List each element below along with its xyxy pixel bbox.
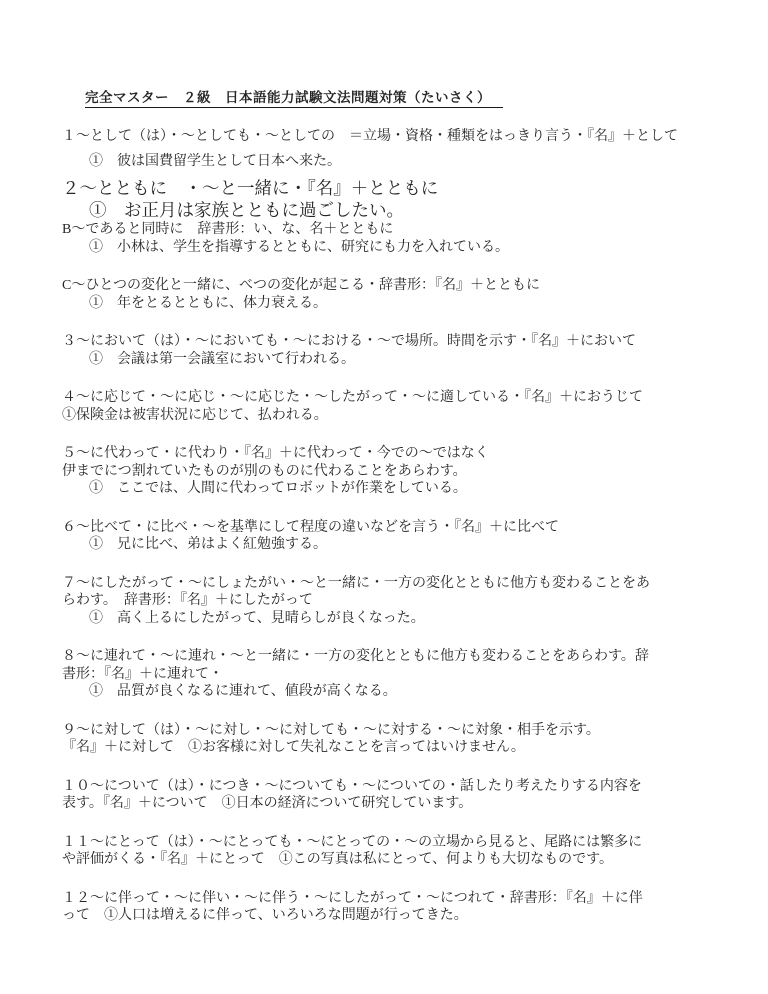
text-line: １～として（は）・～としても・～としての ＝立場・資格・種類をはっきり言う・『名… xyxy=(62,128,710,146)
text-line: １２～に伴って・～に伴い・～に伴う・～にしたがって・～につれて・辞書形：『名』＋… xyxy=(62,890,710,908)
text-line: ４～に応じて・～に応じ・～に応じた・～したがって・～に適している・『名』＋におう… xyxy=(62,389,710,407)
text-line: １１～にとって（は）・～にとっても・～にとっての・～の立場から見ると、尾路には繁… xyxy=(62,834,710,852)
text-line: ① 高く上るにしたがって、見晴らしが良くなった。 xyxy=(62,610,710,628)
text-line: ① 会議は第一会議室において行われる。 xyxy=(62,351,710,369)
text-line: 表す。『名』＋について ①日本の経済について研究しています。 xyxy=(62,795,710,813)
document-title-text: 完全マスター ２級 日本語能力試験文法問題対策（たいさく） xyxy=(85,90,503,108)
document-body: １～として（は）・～としても・～としての ＝立場・資格・種類をはっきり言う・『名… xyxy=(62,128,710,925)
text-line: ① 品質が良くなるに連れて、値段が高くなる。 xyxy=(62,683,710,701)
text-line: 伊までにつ割れていたものが別のものに代わることをあらわす。 xyxy=(62,463,710,481)
text-line: ① 小林は、学生を指導するとともに、研究にも力を入れている。 xyxy=(62,239,710,257)
text-line: ７～にしたがって・～にしょたがい・～と一緒に・一方の変化とともに他方も変わること… xyxy=(62,575,710,593)
text-line: １０～について（は）・につき・～についても・～についての・話したり考えたりする内… xyxy=(62,778,710,796)
text-line: B～であると同時に 辞書形：い、な、名＋とともに xyxy=(62,221,710,239)
text-line: らわす。 辞書形：『名』＋にしたがって xyxy=(62,592,710,610)
text-line: ８～に連れて・～に連れ・～と一緒に・一方の変化とともに他方も変わることをあらわす… xyxy=(62,648,710,666)
document-page: 完全マスター ２級 日本語能力試験文法問題対策（たいさく） １～として（は）・～… xyxy=(0,0,768,994)
text-line: ① 彼は国費留学生として日本へ来た。 xyxy=(62,153,710,171)
text-line: ① お正月は家族とともに過ごしたい。 xyxy=(62,199,710,221)
text-line: ２～とともに ・～と一緒に・『名』＋とともに xyxy=(62,177,710,199)
text-line: や評価がくる・『名』＋にとって ①この写真は私にとって、何よりも大切なものです。 xyxy=(62,851,710,869)
text-line: ① 兄に比べ、弟はよく紅勉強する。 xyxy=(62,536,710,554)
text-line: 書形：『名』＋に連れて・ xyxy=(62,666,710,684)
text-line: ①保険金は被害状況に応じて、払われる。 xyxy=(62,407,710,425)
text-line: ６～比べて・に比べ・～を基準にして程度の違いなどを言う・『名』＋に比べて xyxy=(62,519,710,537)
text-line: って ①人口は増えるに伴って、いろいろな問題が行ってきた。 xyxy=(62,907,710,925)
text-line: ９～に対して（は）・～に対し・～に対しても・～に対する・～に対象・相手を示す。 xyxy=(62,722,710,740)
text-line: C～ひとつの変化と一緒に、べつの変化が起こる・辞書形：『名』＋とともに xyxy=(62,277,710,295)
text-line: ５～に代わって・に代わり・『名』＋に代わって・今での～ではなく xyxy=(62,445,710,463)
text-line: 『名』＋に対して ①お客様に対して失礼なことを言ってはいけません。 xyxy=(62,739,710,757)
text-line: ① ここでは、人間に代わってロボットが作業をしている。 xyxy=(62,480,710,498)
document-title: 完全マスター ２級 日本語能力試験文法問題対策（たいさく） xyxy=(85,86,710,106)
text-line: ① 年をとるとともに、体力衰える。 xyxy=(62,295,710,313)
text-line: ３～において（は）・～においても・～における・～で場所。時間を示す・『名』＋にお… xyxy=(62,333,710,351)
